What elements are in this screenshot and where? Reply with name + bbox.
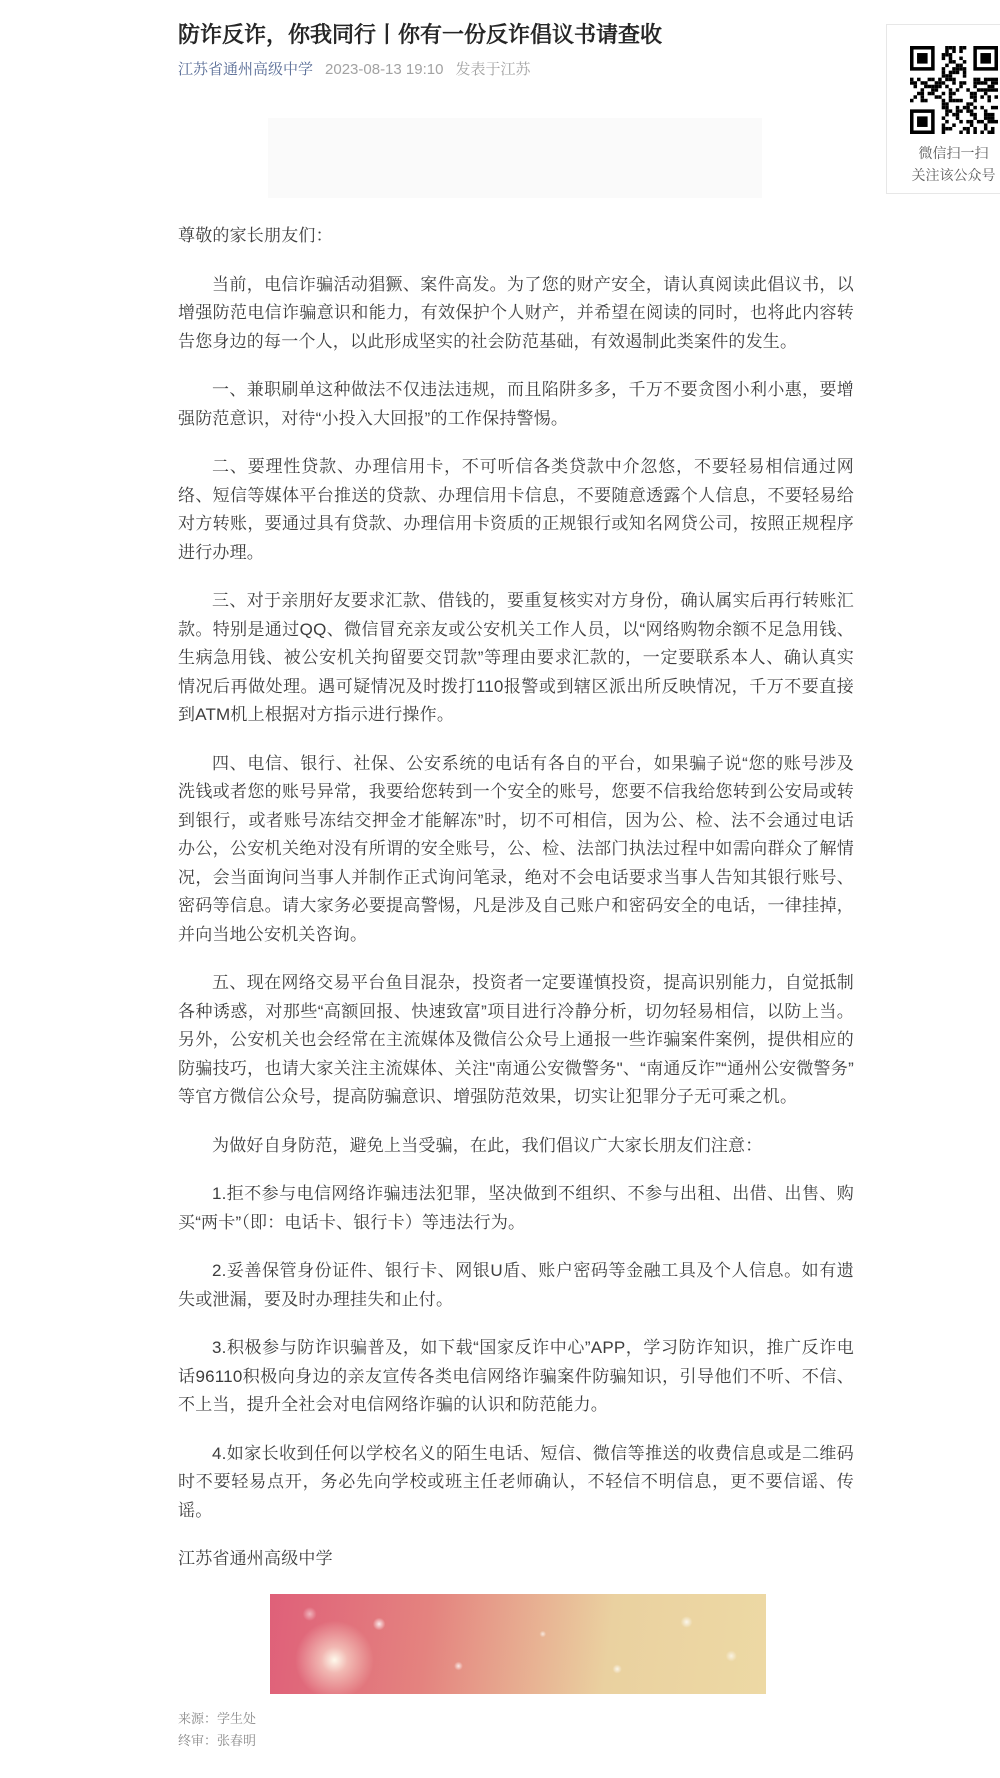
signature: 江苏省通州高级中学 (178, 1545, 854, 1574)
article-paragraph: 4.如家长收到任何以学校名义的陌生电话、短信、微信等推送的收费信息或是二维码时不… (178, 1440, 854, 1526)
article-paragraph: 三、对于亲朋好友要求汇款、借钱的，要重复核实对方身份，确认属实后再行转账汇款。特… (178, 587, 854, 730)
article-meta: 江苏省通州高级中学 2023-08-13 19:10 发表于江苏 (178, 62, 854, 78)
article-paragraph: 3.积极参与防诈识骗普及，如下载“国家反诈中心”APP，学习防诈知识，推广反诈电… (178, 1334, 854, 1420)
article-paragraph: 1.拒不参与电信网络诈骗违法犯罪，坚决做到不组织、不参与出租、出借、出售、购买“… (178, 1180, 854, 1237)
article-paragraph: 二、要理性贷款、办理信用卡，不可听信各类贷款中介忽悠，不要轻易相信通过网络、短信… (178, 453, 854, 567)
reviewer-line: 终审：张春明 (178, 1730, 854, 1752)
salutation: 尊敬的家长朋友们： (178, 222, 854, 251)
account-name-link[interactable]: 江苏省通州高级中学 (178, 62, 313, 78)
qr-caption-line1: 微信扫一扫 (887, 142, 1000, 164)
article-paragraph: 一、兼职刷单这种做法不仅违法违规，而且陷阱多多，千万不要贪图小利小惠，要增强防范… (178, 376, 854, 433)
article-title: 防诈反诈，你我同行丨你有一份反诈倡议书请查收 (178, 20, 854, 50)
decorative-banner-image (270, 1594, 766, 1694)
article-footer: 来源：学生处 终审：张春明 (178, 1708, 854, 1752)
publish-time: 2023-08-13 19:10 (325, 62, 443, 78)
article-body: 尊敬的家长朋友们： 当前，电信诈骗活动猖獗、案件高发。为了您的财产安全，请认真阅… (178, 222, 854, 1574)
article-paragraph: 为做好自身防范，避免上当受骗，在此，我们倡议广大家长朋友们注意： (178, 1132, 854, 1161)
article-column: 防诈反诈，你我同行丨你有一份反诈倡议书请查收 江苏省通州高级中学 2023-08… (178, 0, 854, 1752)
qr-code-image (910, 46, 998, 134)
article-paragraph: 2.妥善保管身份证件、银行卡、网银U盾、账户密码等金融工具及个人信息。如有遗失或… (178, 1257, 854, 1314)
article-paragraph: 当前，电信诈骗活动猖獗、案件高发。为了您的财产安全，请认真阅读此倡议书，以增强防… (178, 271, 854, 357)
qr-caption-line2: 关注该公众号 (887, 164, 1000, 186)
publish-location: 发表于江苏 (455, 62, 530, 78)
article-paragraph: 五、现在网络交易平台鱼目混杂，投资者一定要谨慎投资，提高识别能力，自觉抵制各种诱… (178, 969, 854, 1112)
source-line: 来源：学生处 (178, 1708, 854, 1730)
article-paragraph: 四、电信、银行、社保、公安系统的电话有各自的平台，如果骗子说“您的账号涉及洗钱或… (178, 750, 854, 950)
wechat-article-page: { "header": { "title": "防诈反诈，你我同行丨你有一份反诈… (0, 0, 1000, 1778)
article-image-placeholder (268, 118, 762, 198)
qr-panel: 微信扫一扫 关注该公众号 (886, 24, 1000, 194)
